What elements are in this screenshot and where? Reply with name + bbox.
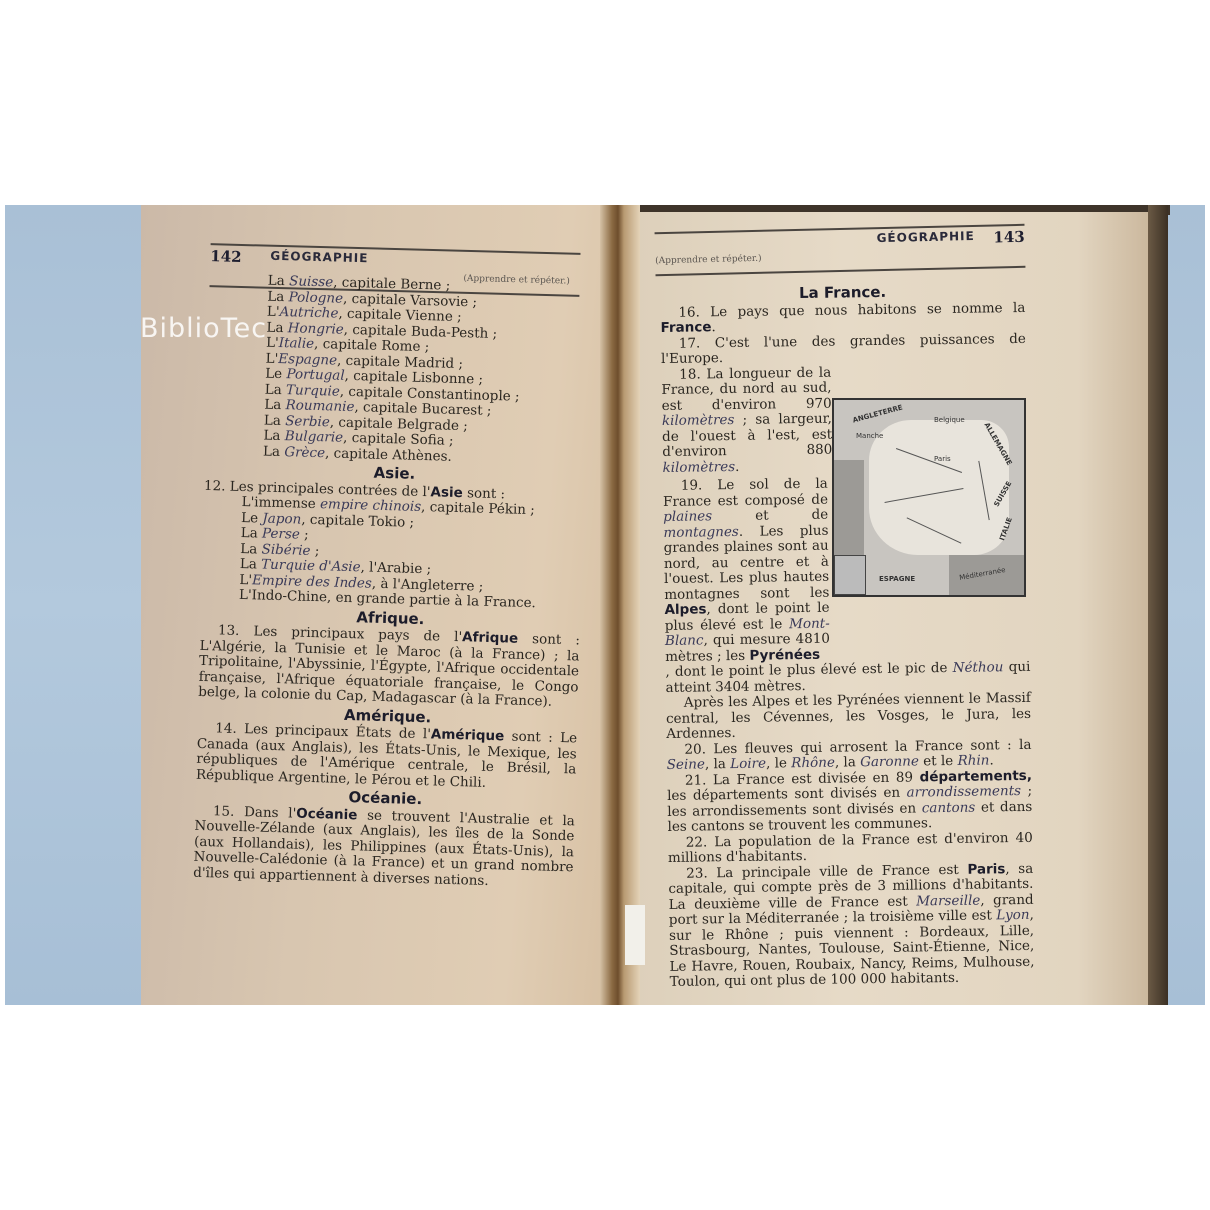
europe-country-list: La Suisse, capitale Berne ;La Pologne, c… <box>205 272 590 469</box>
watermark-logo: BiblioTec <box>140 313 267 344</box>
asie-list: L'immense empire chinois, capitale Pékin… <box>201 494 584 613</box>
torn-page-corner <box>625 905 645 965</box>
page-number-left: 142 <box>210 247 242 266</box>
book-cover-right-edge <box>1148 205 1168 1005</box>
paragraph-amerique: 14. Les principaux États de l'Amérique s… <box>196 721 578 794</box>
running-title-left: GÉOGRAPHIE <box>270 249 368 266</box>
paragraph-oceanie: 15. Dans l'Océanie se trouvent l'Austral… <box>193 803 575 891</box>
paragraph-18: 18. La longueur de la France, du nord au… <box>661 365 832 476</box>
book-spine-gutter <box>600 205 640 1005</box>
paragraph-afrique: 13. Les principaux pays de l'Afrique son… <box>198 623 580 711</box>
paragraph-19-continued: Après les Alpes et les Pyrénées viennent… <box>666 691 1032 743</box>
header-note-right: (Apprendre et répéter.) <box>655 254 762 266</box>
paragraph-19: 19. Le sol de la France est composé de p… <box>663 474 1031 696</box>
paragraph-17: 17. C'est l'une des grandes puissances d… <box>661 331 1026 367</box>
page-number-right: 143 <box>993 228 1025 247</box>
right-page-body: La France. 16. Le pays que nous habitons… <box>660 280 1035 991</box>
paragraph-21: 21. La France est divisée en 89 départem… <box>667 768 1033 835</box>
paragraph-23: 23. La principale ville de France est Pa… <box>668 861 1035 990</box>
running-title-right: GÉOGRAPHIE <box>876 229 974 245</box>
right-page-header: (Apprendre et répéter.) GÉOGRAPHIE 143 <box>655 224 1026 276</box>
left-page-body: La Suisse, capitale Berne ;La Pologne, c… <box>193 272 590 891</box>
